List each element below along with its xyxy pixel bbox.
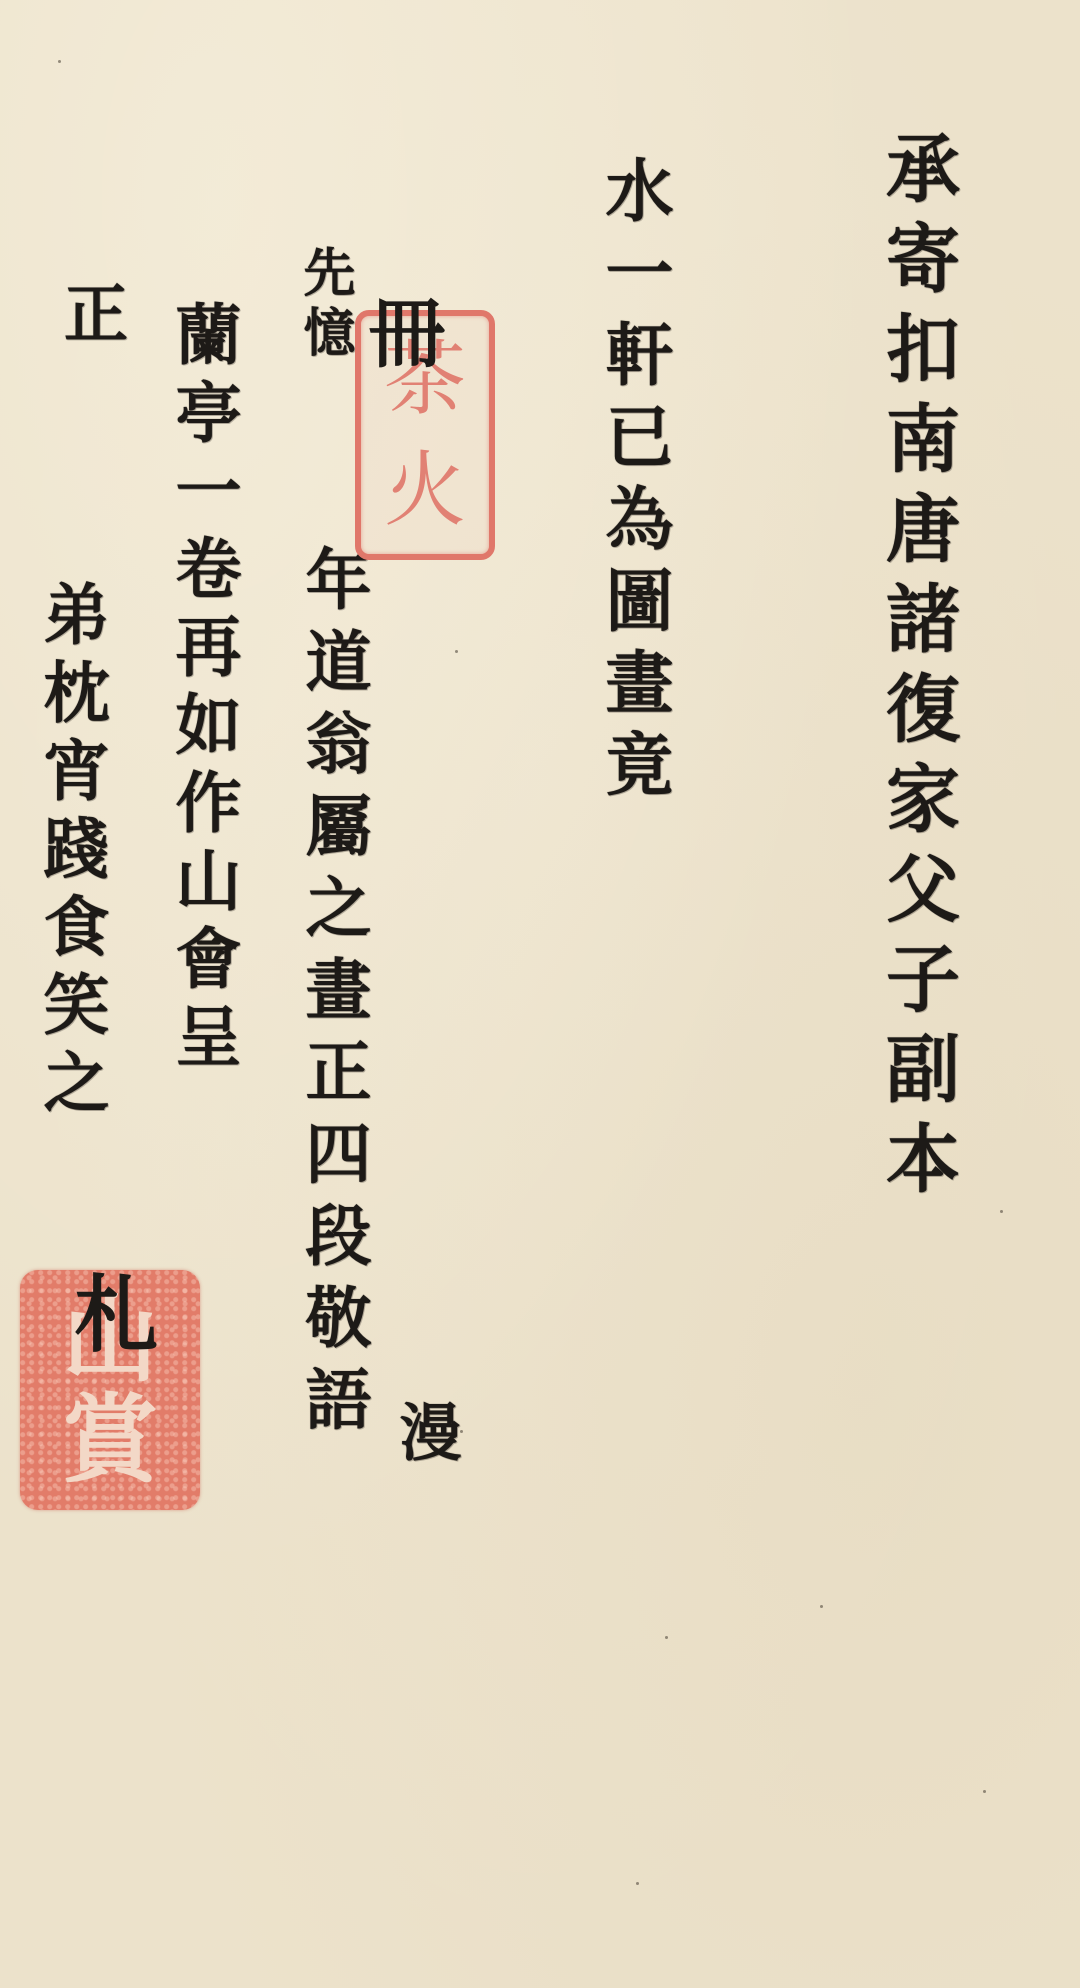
- paper-speck: [58, 60, 61, 63]
- calligraphy-column-4: 蘭亭一卷再如作山會呈: [170, 300, 236, 1080]
- calligraphy-column-1: 承寄扣南唐諸復家父子副本: [880, 130, 954, 1210]
- red-seal-top: 茶 火 冊: [355, 310, 495, 560]
- ink-over-seal: 札: [50, 1270, 171, 1354]
- calligraphy-column-3-side: 漫: [394, 1400, 456, 1474]
- seal-character: 賞: [62, 1390, 158, 1491]
- calligraphy-column-3-head: 先憶: [298, 245, 350, 365]
- seal-character: 火: [384, 450, 466, 532]
- calligraphy-column-5-head: 正: [58, 280, 122, 356]
- calligraphy-column-5-signature: 弟枕宵踐食笑之: [38, 580, 104, 1126]
- calligraphy-column-2: 水一軒已為圖畫竟: [600, 155, 668, 811]
- paper-speck: [820, 1605, 823, 1608]
- paper-speck: [665, 1636, 668, 1639]
- red-seal-bottom: 山 賞 札: [20, 1270, 200, 1510]
- calligraphy-column-3: 年道翁屬之畫正四段敬語: [300, 545, 366, 1447]
- paper-speck: [983, 1790, 986, 1793]
- paper-speck: [455, 650, 458, 653]
- ink-over-seal: 冊: [369, 296, 445, 372]
- paper-speck: [1000, 1210, 1003, 1213]
- paper-speck: [636, 1882, 639, 1885]
